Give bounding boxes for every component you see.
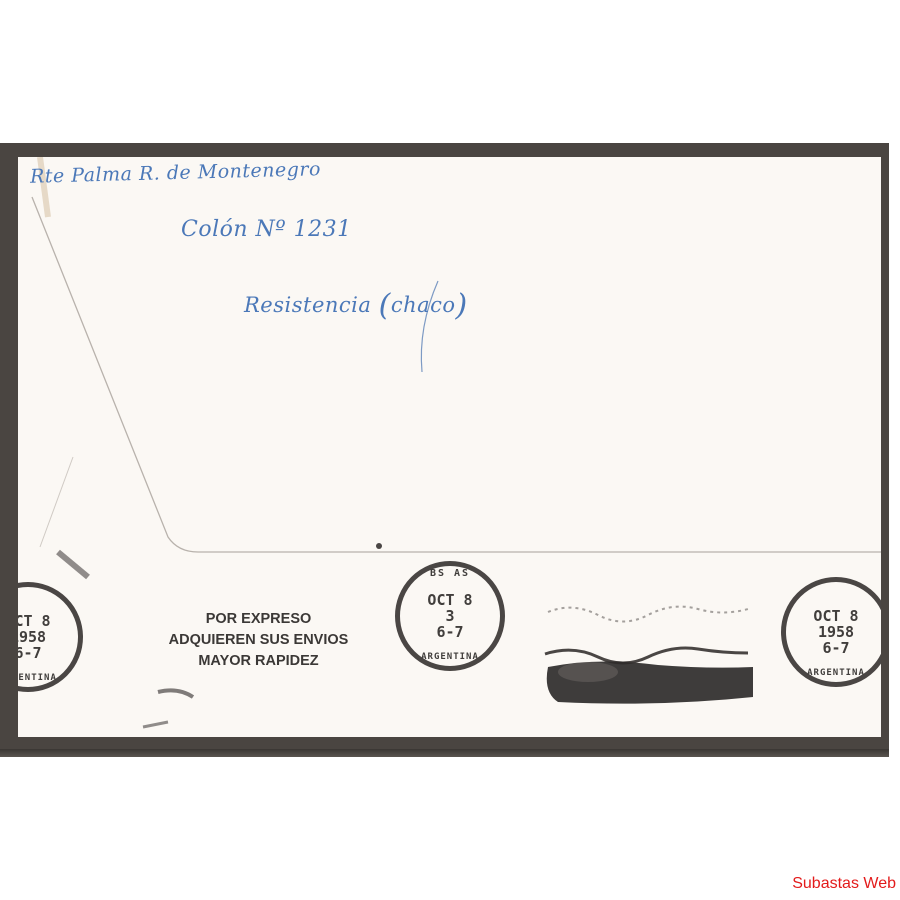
- envelope-back: Rte Palma R. de Montenegro Colón Nº 1231…: [18, 157, 881, 737]
- handwritten-street-address: Colón Nº 1231: [181, 217, 352, 242]
- postmark-year: 1958: [18, 629, 78, 645]
- handwritten-province: chaco: [391, 293, 456, 317]
- postmark-year: 3: [400, 608, 500, 624]
- postmark-time: 6-7: [400, 624, 500, 640]
- postmark-country: ARGENTINA: [400, 652, 500, 662]
- postmark-date: OCT 8: [18, 613, 78, 629]
- watermark-label: Subastas Web: [792, 875, 896, 893]
- postmark-year: 1958: [786, 624, 881, 640]
- postmark-country: ARGENTINA: [18, 673, 78, 683]
- postmark-date: OCT 8: [400, 592, 500, 608]
- postmark-time: 6-7: [18, 645, 78, 661]
- slogan-line-2: ADQUIEREN SUS ENVIOS: [146, 630, 371, 651]
- postmark-date: OCT 8: [786, 608, 881, 624]
- handwritten-city-name: Resistencia: [244, 293, 371, 317]
- slogan-cancel: POR EXPRESO ADQUIEREN SUS ENVIOS MAYOR R…: [146, 609, 371, 672]
- slogan-line-1: POR EXPRESO: [146, 609, 371, 630]
- postmark-city: BS AS: [400, 568, 500, 579]
- postmark-time: 6-7: [786, 640, 881, 656]
- handwritten-city: Resistencia (chaco): [244, 285, 468, 320]
- postmark-right: OCT 8 1958 6-7 ARGENTINA: [781, 577, 881, 687]
- wavy-cancel: [545, 607, 753, 704]
- scan-frame: Rte Palma R. de Montenegro Colón Nº 1231…: [0, 143, 889, 757]
- postmark-country: ARGENTINA: [786, 668, 881, 678]
- slogan-line-3: MAYOR RAPIDEZ: [146, 651, 371, 672]
- postmark-center: BS AS OCT 8 3 6-7 ARGENTINA: [395, 561, 505, 671]
